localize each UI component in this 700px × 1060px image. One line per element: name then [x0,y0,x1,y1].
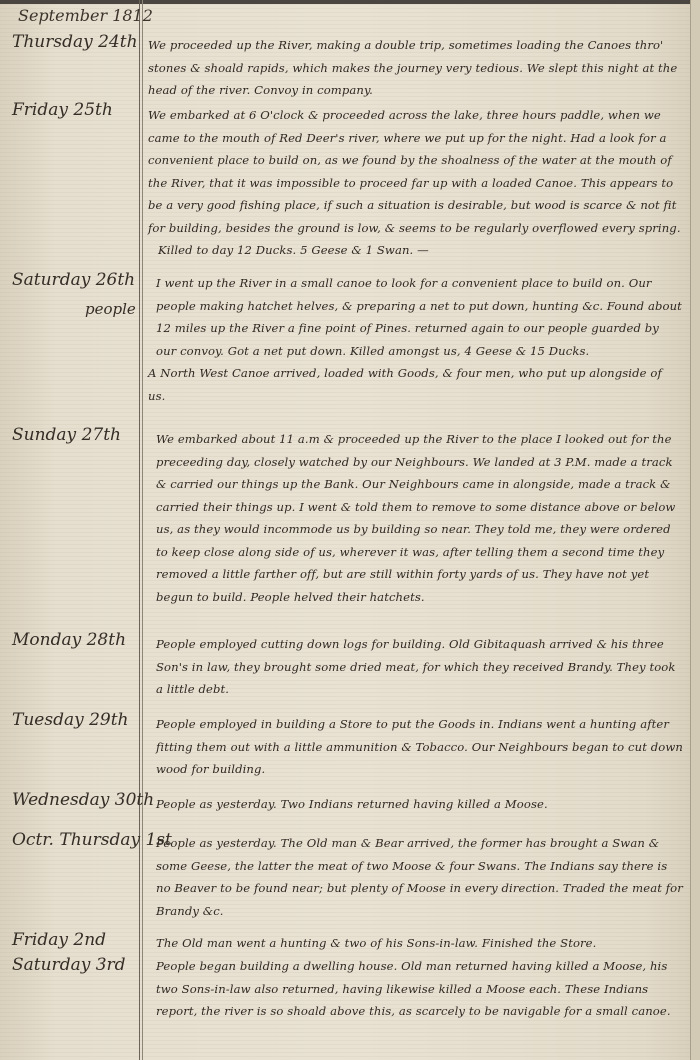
page-edge-shade [691,0,700,1060]
entry-text: People employed cutting down logs for bu… [148,633,683,701]
day-label-saturday-26: Saturday 26th [12,270,135,290]
entry-thursday-24: We proceeded up the River, making a doub… [148,34,683,102]
page-top-edge [0,0,700,4]
entry-monday-28: People employed cutting down logs for bu… [148,633,683,701]
entry-text: I went up the River in a small canoe to … [148,272,683,362]
entry-friday-2: The Old man went a hunting & two of his … [148,932,683,955]
entry-tuesday-29: People employed in building a Store to p… [148,713,683,781]
margin-note-people: people [85,300,136,318]
day-label-sunday-27: Sunday 27th [12,425,121,445]
entry-note: Killed to day 12 Ducks. 5 Geese & 1 Swan… [148,239,683,262]
day-label-monday-28: Monday 28th [12,630,126,650]
entry-saturday-26: I went up the River in a small canoe to … [148,272,683,407]
entry-text: People as yesterday. The Old man & Bear … [148,832,683,922]
entry-text: People employed in building a Store to p… [148,713,683,781]
entry-sunday-27: We embarked about 11 a.m & proceeded up … [148,428,683,608]
entry-note: A North West Canoe arrived, loaded with … [148,362,683,407]
entry-text: We embarked at 6 O'clock & proceeded acr… [148,104,683,239]
entry-friday-25: We embarked at 6 O'clock & proceeded acr… [148,104,683,262]
day-label-friday-2: Friday 2nd [12,930,106,950]
entry-text: We proceeded up the River, making a doub… [148,34,683,102]
day-label-tuesday-29: Tuesday 29th [12,710,129,730]
entry-text: People began building a dwelling house. … [148,955,683,1023]
day-label-thursday-24: Thursday 24th [12,32,138,52]
day-label-wednesday-30: Wednesday 30th [12,790,154,810]
margin-rule [139,0,140,1060]
entry-thursday-oct-1: People as yesterday. The Old man & Bear … [148,832,683,922]
entry-text: We embarked about 11 a.m & proceeded up … [148,428,683,608]
day-label-friday-25: Friday 25th [12,100,113,120]
journal-page: September 1812 Thursday 24th We proceede… [0,0,700,1060]
margin-rule-inner [142,0,143,1060]
entry-wednesday-30: People as yesterday. Two Indians returne… [148,793,683,816]
entry-text: The Old man went a hunting & two of his … [148,932,683,955]
entry-text: People as yesterday. Two Indians returne… [148,793,683,816]
entry-saturday-3: People began building a dwelling house. … [148,955,683,1023]
day-label-saturday-3: Saturday 3rd [12,955,126,975]
journal-month-heading: September 1812 [18,6,153,25]
